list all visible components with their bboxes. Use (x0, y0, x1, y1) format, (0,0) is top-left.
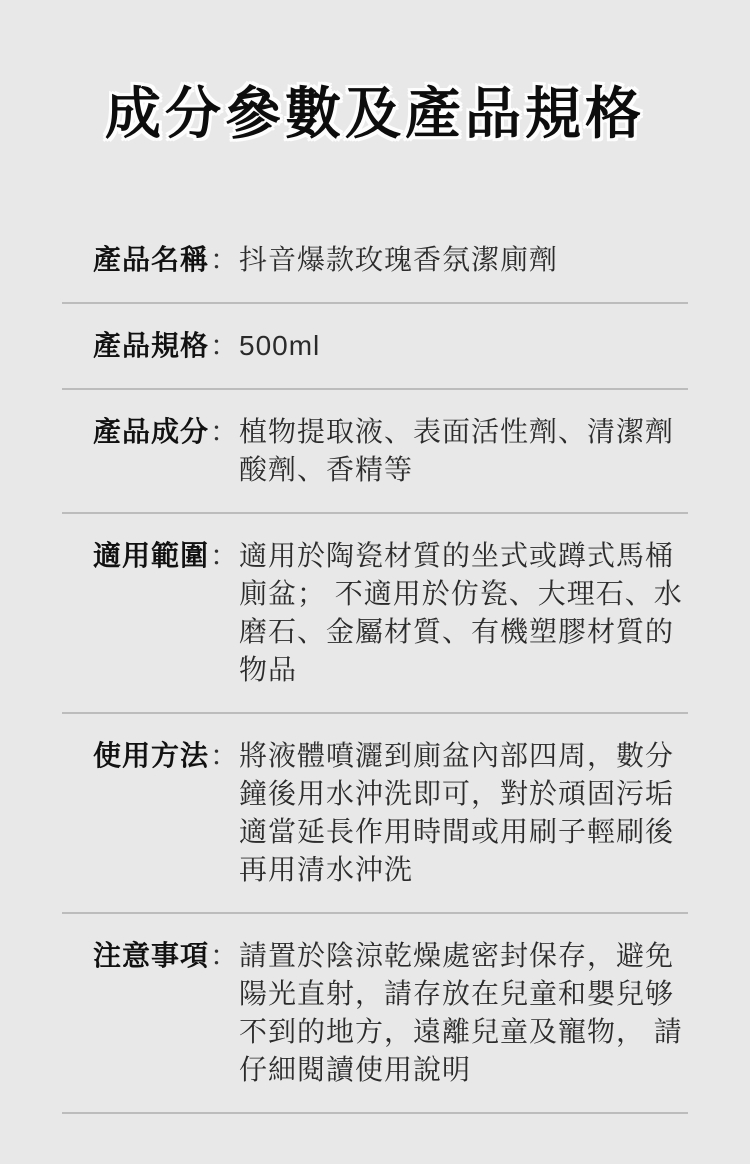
spec-label: 適用範圍 (93, 537, 209, 575)
spec-colon: ： (209, 737, 239, 775)
spec-label: 產品規格 (93, 327, 209, 365)
spec-table: 產品名稱 ： 抖音爆款玫瑰香氛潔廁劑 產品規格 ： 500ml 產品成分 ： 植… (62, 218, 688, 1114)
spec-row-usage-method: 使用方法 ： 將液體噴灑到廁盆內部四周，數分 鐘後用水沖洗即可，對於頑固污垢 適… (62, 714, 688, 912)
spec-colon: ： (209, 241, 239, 279)
spec-label: 使用方法 (93, 737, 209, 775)
spec-value: 抖音爆款玫瑰香氛潔廁劑 (239, 241, 688, 279)
spec-colon: ： (209, 327, 239, 365)
spec-label: 產品成分 (93, 413, 209, 451)
spec-colon: ： (209, 537, 239, 575)
spec-row-product-name: 產品名稱 ： 抖音爆款玫瑰香氛潔廁劑 (62, 218, 688, 302)
spec-value: 將液體噴灑到廁盆內部四周，數分 鐘後用水沖洗即可，對於頑固污垢 適當延長作用時間… (239, 737, 688, 889)
row-divider (62, 1112, 688, 1114)
spec-value: 適用於陶瓷材質的坐式或蹲式馬桶 廁盆； 不適用於仿瓷、大理石、水 磨石、金屬材質… (239, 537, 688, 689)
page-title: 成分參數及產品規格 (0, 0, 750, 148)
spec-value: 植物提取液、表面活性劑、清潔劑 酸劑、香精等 (239, 413, 688, 489)
spec-row-precautions: 注意事項 ： 請置於陰涼乾燥處密封保存，避免 陽光直射，請存放在兒童和嬰兒够 不… (62, 914, 688, 1112)
spec-label: 注意事項 (93, 937, 209, 975)
spec-colon: ： (209, 937, 239, 975)
spec-value: 請置於陰涼乾燥處密封保存，避免 陽光直射，請存放在兒童和嬰兒够 不到的地方，遠離… (239, 937, 688, 1089)
spec-colon: ： (209, 413, 239, 451)
spec-row-applicable-range: 適用範圍 ： 適用於陶瓷材質的坐式或蹲式馬桶 廁盆； 不適用於仿瓷、大理石、水 … (62, 514, 688, 712)
spec-row-product-spec: 產品規格 ： 500ml (62, 304, 688, 388)
spec-label: 產品名稱 (93, 241, 209, 279)
spec-row-ingredients: 產品成分 ： 植物提取液、表面活性劑、清潔劑 酸劑、香精等 (62, 390, 688, 512)
spec-value: 500ml (239, 327, 688, 365)
